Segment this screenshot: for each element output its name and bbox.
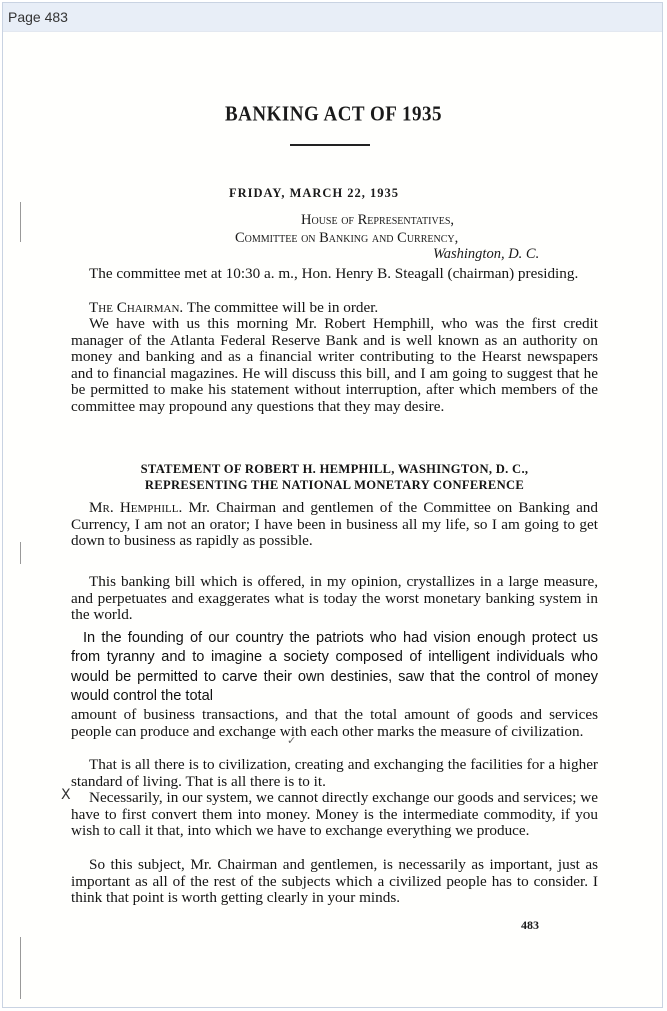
place-line-house: House of Representatives, bbox=[301, 212, 454, 229]
paragraph-bill: This banking bill which is offered, in m… bbox=[71, 574, 598, 624]
opening-paragraph: The committee met at 10:30 a. m., Hon. H… bbox=[71, 266, 598, 283]
paragraph-civilization: That is all there is to civilization, cr… bbox=[71, 757, 598, 790]
speaker-chairman: The Chairman. bbox=[89, 299, 183, 316]
paragraph-founding-inserted: In the founding of our country the patri… bbox=[71, 629, 598, 706]
intro-paragraph: We have with us this morning Mr. Robert … bbox=[71, 316, 598, 416]
paragraph-necessarily: Necessarily, in our system, we cannot di… bbox=[71, 790, 598, 840]
place-line-committee: Committee on Banking and Currency, bbox=[235, 230, 458, 247]
page-label: Page 483 bbox=[8, 9, 68, 25]
document-viewer-frame: Page 483 BANKING ACT OF 1935 FRIDAY, MAR… bbox=[2, 2, 663, 1008]
margin-line-mark bbox=[20, 202, 21, 242]
check-mark-annotation: ✓ bbox=[287, 734, 296, 747]
title-rule bbox=[290, 144, 370, 146]
hearing-date: FRIDAY, MARCH 22, 1935 bbox=[229, 186, 399, 201]
x-mark-annotation: X bbox=[61, 787, 71, 803]
page-header: Page 483 bbox=[3, 3, 662, 32]
speaker-hemphill: Mr. Hemphill. bbox=[89, 499, 182, 516]
margin-line-mark bbox=[20, 937, 21, 999]
margin-line-mark bbox=[20, 542, 21, 564]
paragraph-subject: So this subject, Mr. Chairman and gentle… bbox=[71, 857, 598, 907]
scanned-page: BANKING ACT OF 1935 FRIDAY, MARCH 22, 19… bbox=[3, 32, 662, 1007]
paragraph-founding-continued: amount of business transactions, and tha… bbox=[71, 707, 598, 740]
document-title: BANKING ACT OF 1935 bbox=[225, 103, 442, 127]
page-number: 483 bbox=[521, 918, 539, 933]
hemphill-opening: Mr. Hemphill. Mr. Chairman and gentlemen… bbox=[71, 500, 598, 550]
statement-heading: STATEMENT OF ROBERT H. HEMPHILL, WASHING… bbox=[71, 461, 598, 493]
place-line-city: Washington, D. C. bbox=[433, 246, 539, 263]
